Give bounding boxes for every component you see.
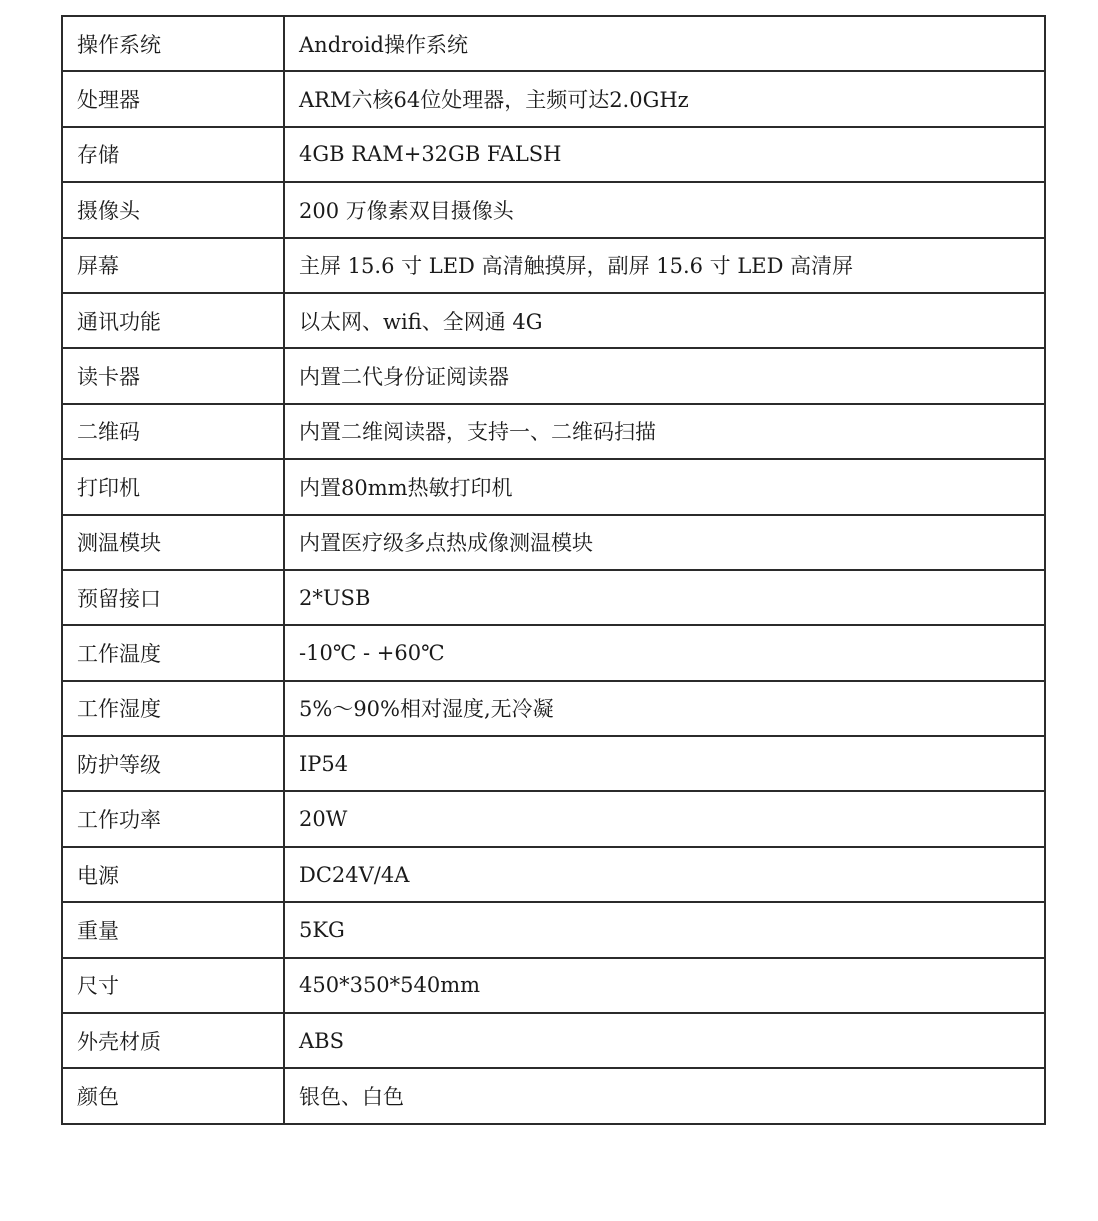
spec-value: 450*350*540mm — [284, 958, 1045, 1013]
table-row: 工作湿度5%～90%相对湿度,无冷凝 — [62, 681, 1045, 736]
spec-value: Android操作系统 — [284, 16, 1045, 71]
spec-value: DC24V/4A — [284, 847, 1045, 902]
spec-value: 5%～90%相对湿度,无冷凝 — [284, 681, 1045, 736]
spec-label: 防护等级 — [62, 736, 284, 791]
spec-label: 电源 — [62, 847, 284, 902]
spec-label: 摄像头 — [62, 182, 284, 237]
spec-value: ARM六核64位处理器，主频可达2.0GHz — [284, 71, 1045, 126]
spec-value: 主屏 15.6 寸 LED 高清触摸屏，副屏 15.6 寸 LED 高清屏 — [284, 238, 1045, 293]
table-row: 二维码内置二维阅读器，支持一、二维码扫描 — [62, 404, 1045, 459]
spec-value: 银色、白色 — [284, 1068, 1045, 1123]
spec-table-body: 操作系统Android操作系统处理器ARM六核64位处理器，主频可达2.0GHz… — [62, 16, 1045, 1124]
spec-value: 2*USB — [284, 570, 1045, 625]
table-row: 颜色银色、白色 — [62, 1068, 1045, 1123]
spec-value: 4GB RAM+32GB FALSH — [284, 127, 1045, 182]
table-row: 测温模块内置医疗级多点热成像测温模块 — [62, 515, 1045, 570]
spec-value: ABS — [284, 1013, 1045, 1068]
spec-value: 内置80mm热敏打印机 — [284, 459, 1045, 514]
spec-label: 打印机 — [62, 459, 284, 514]
spec-label: 操作系统 — [62, 16, 284, 71]
spec-table: 操作系统Android操作系统处理器ARM六核64位处理器，主频可达2.0GHz… — [61, 15, 1046, 1125]
spec-label: 测温模块 — [62, 515, 284, 570]
spec-value: 内置二代身份证阅读器 — [284, 348, 1045, 403]
table-row: 电源DC24V/4A — [62, 847, 1045, 902]
spec-label: 工作功率 — [62, 791, 284, 846]
table-row: 存储4GB RAM+32GB FALSH — [62, 127, 1045, 182]
table-row: 打印机内置80mm热敏打印机 — [62, 459, 1045, 514]
spec-value: 20W — [284, 791, 1045, 846]
table-row: 工作温度-10℃ - +60℃ — [62, 625, 1045, 680]
spec-label: 预留接口 — [62, 570, 284, 625]
table-row: 摄像头200 万像素双目摄像头 — [62, 182, 1045, 237]
table-row: 屏幕主屏 15.6 寸 LED 高清触摸屏，副屏 15.6 寸 LED 高清屏 — [62, 238, 1045, 293]
table-row: 尺寸450*350*540mm — [62, 958, 1045, 1013]
spec-label: 尺寸 — [62, 958, 284, 1013]
table-row: 通讯功能以太网、wifi、全网通 4G — [62, 293, 1045, 348]
table-row: 处理器ARM六核64位处理器，主频可达2.0GHz — [62, 71, 1045, 126]
spec-value: 200 万像素双目摄像头 — [284, 182, 1045, 237]
spec-value: -10℃ - +60℃ — [284, 625, 1045, 680]
spec-label: 外壳材质 — [62, 1013, 284, 1068]
spec-value: 内置医疗级多点热成像测温模块 — [284, 515, 1045, 570]
table-row: 重量5KG — [62, 902, 1045, 957]
table-row: 防护等级IP54 — [62, 736, 1045, 791]
spec-value: 以太网、wifi、全网通 4G — [284, 293, 1045, 348]
table-row: 操作系统Android操作系统 — [62, 16, 1045, 71]
spec-label: 重量 — [62, 902, 284, 957]
table-row: 外壳材质ABS — [62, 1013, 1045, 1068]
spec-label: 工作湿度 — [62, 681, 284, 736]
spec-label: 二维码 — [62, 404, 284, 459]
table-row: 工作功率20W — [62, 791, 1045, 846]
spec-label: 读卡器 — [62, 348, 284, 403]
spec-label: 颜色 — [62, 1068, 284, 1123]
spec-label: 通讯功能 — [62, 293, 284, 348]
spec-label: 处理器 — [62, 71, 284, 126]
spec-label: 工作温度 — [62, 625, 284, 680]
table-row: 预留接口2*USB — [62, 570, 1045, 625]
spec-value: IP54 — [284, 736, 1045, 791]
spec-value: 5KG — [284, 902, 1045, 957]
spec-label: 存储 — [62, 127, 284, 182]
table-row: 读卡器内置二代身份证阅读器 — [62, 348, 1045, 403]
spec-value: 内置二维阅读器，支持一、二维码扫描 — [284, 404, 1045, 459]
spec-label: 屏幕 — [62, 238, 284, 293]
